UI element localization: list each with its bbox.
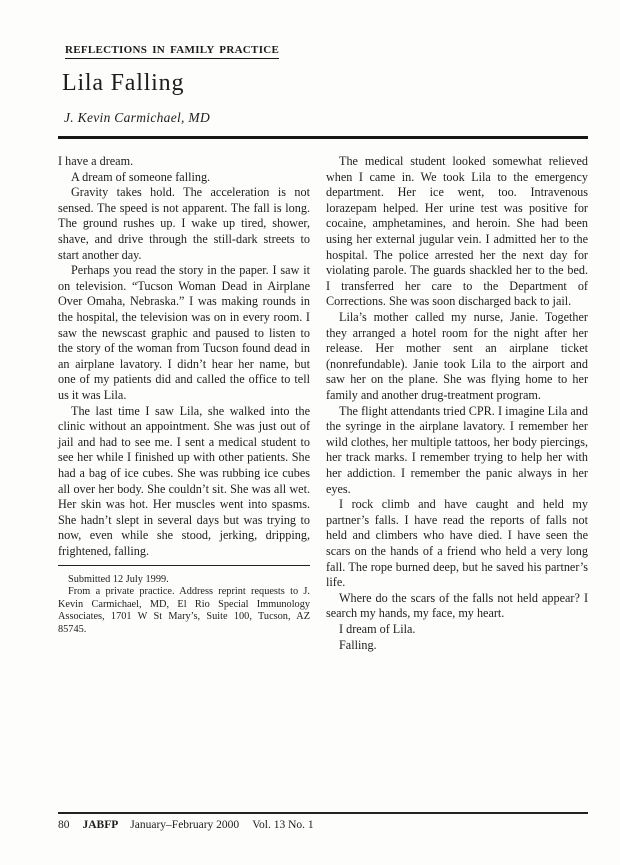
- footnote-submitted: Submitted 12 July 1999.: [58, 574, 310, 586]
- paragraph-right-3: The flight attendants tried CPR. I imagi…: [326, 404, 588, 498]
- paragraph-right-5: Where do the scars of the falls not held…: [326, 591, 588, 622]
- article-body: I have a dream. A dream of someone falli…: [58, 154, 588, 636]
- page-number: 80: [58, 819, 70, 831]
- issue-date: January–February 2000: [130, 819, 239, 831]
- paragraph-left-5: The last time I saw Lila, she walked int…: [58, 404, 310, 560]
- paragraph-right-6: I dream of Lila.: [326, 622, 588, 638]
- article-byline: J. Kevin Carmichael, MD: [64, 110, 588, 126]
- left-column: I have a dream. A dream of someone falli…: [58, 154, 310, 636]
- header-rule: [58, 136, 588, 140]
- footnote-rule: [58, 565, 310, 567]
- paragraph-right-7: Falling.: [326, 638, 588, 654]
- footnote-reprint: From a private practice. Address reprint…: [58, 586, 310, 636]
- paragraph-left-3: Gravity takes hold. The acceleration is …: [58, 185, 310, 263]
- footer-line: 80 JABFP January–February 2000 Vol. 13 N…: [58, 819, 588, 831]
- paragraph-right-1: The medical student looked somewhat reli…: [326, 154, 588, 310]
- right-column: The medical student looked somewhat reli…: [326, 154, 588, 636]
- page-footer: 80 JABFP January–February 2000 Vol. 13 N…: [58, 812, 588, 831]
- journal-page: REFLECTIONS IN FAMILY PRACTICE Lila Fall…: [0, 0, 620, 865]
- footnote-block: Submitted 12 July 1999. From a private p…: [58, 565, 310, 637]
- article-header: REFLECTIONS IN FAMILY PRACTICE Lila Fall…: [58, 40, 588, 139]
- footer-rule: [58, 812, 588, 814]
- article-title: Lila Falling: [62, 70, 588, 98]
- paragraph-left-4: Perhaps you read the story in the paper.…: [58, 263, 310, 403]
- volume-number: Vol. 13 No. 1: [252, 819, 313, 831]
- paragraph-left-2: A dream of someone falling.: [58, 170, 310, 186]
- paragraph-right-2: Lila’s mother called my nurse, Janie. To…: [326, 310, 588, 404]
- paragraph-right-4: I rock climb and have caught and held my…: [326, 497, 588, 591]
- paragraph-left-1: I have a dream.: [58, 154, 310, 170]
- journal-abbreviation: JABFP: [83, 819, 119, 831]
- section-kicker: REFLECTIONS IN FAMILY PRACTICE: [65, 44, 279, 59]
